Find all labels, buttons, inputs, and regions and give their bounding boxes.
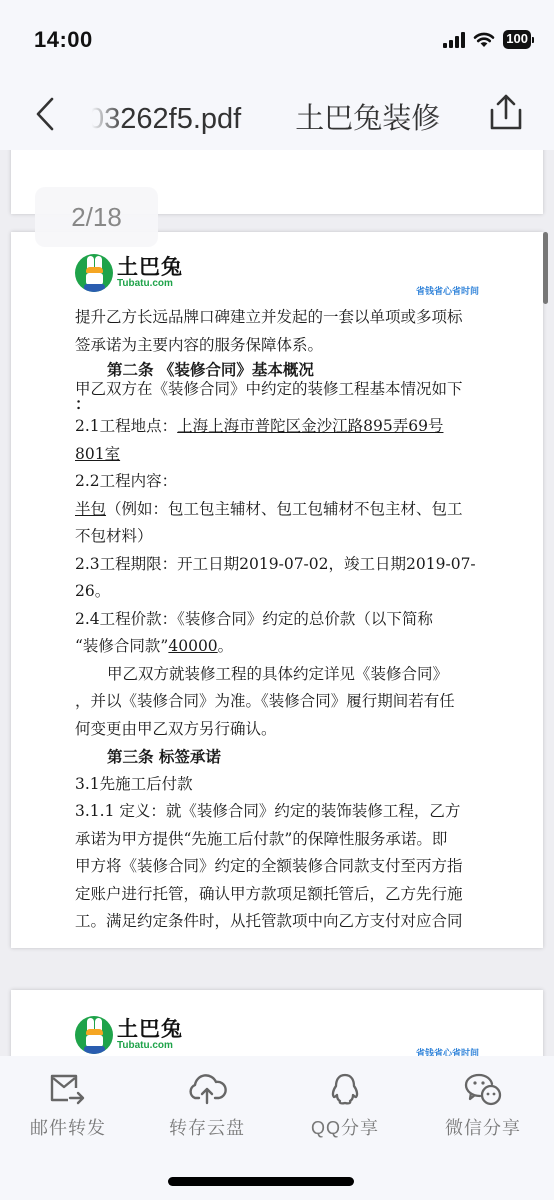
tubatu-logo: 土巴兔 Tubatu.com: [75, 254, 183, 292]
text-line: 定账户进行托管，确认甲方款项足额托管后，乙方先行施: [75, 881, 485, 909]
text-line: ，并以《装修合同》为准。《装修合同》履行期间若有任: [75, 688, 485, 716]
share-upload-icon: [488, 92, 524, 132]
section-heading: 第三条 标签承诺: [75, 743, 485, 771]
field-label: 2.1工程地点：: [75, 417, 177, 435]
home-indicator[interactable]: [168, 1177, 354, 1186]
text-line: 承诺为甲方提供“先施工后付款”的保障性服务承诺。即: [75, 826, 485, 854]
text-line: 2.4工程价款：《装修合同》约定的总价款（以下简称: [75, 606, 485, 634]
contract-amount: 40000: [168, 637, 217, 655]
pdf-page-3: 土巴兔 Tubatu.com 省钱省心省时间: [11, 990, 543, 1056]
section-heading: 第二条 《装修合同》基本概况: [75, 359, 485, 379]
text-line: 3.1.1 定义：就《装修合同》约定的装饰装修工程，乙方: [75, 798, 485, 826]
text-line: 工。满足约定条件时，从托管款项中向乙方支付对应合同: [75, 908, 485, 936]
project-scope: 半包: [75, 500, 106, 518]
text-line: 甲方将《装修合同》约定的全额装修合同款支付至丙方指: [75, 853, 485, 881]
wechat-share-button[interactable]: 微信分享: [423, 1072, 543, 1140]
logo-cn: 土巴兔: [117, 257, 183, 278]
text-line: 甲乙双方就装修工程的具体约定详见《装修合同》: [75, 661, 485, 689]
chevron-left-icon: [30, 94, 60, 134]
pdf-viewer[interactable]: 土巴兔 Tubatu.com 省钱省心省时间 提升乙方长远品牌口碑建立并发起的一…: [0, 150, 554, 1056]
pdf-page-2: 土巴兔 Tubatu.com 省钱省心省时间 提升乙方长远品牌口碑建立并发起的一…: [11, 232, 543, 948]
text-line: 半包（例如：包工包主辅材、包工包辅材不包主材、包工: [75, 496, 485, 524]
action-label: 微信分享: [423, 1114, 543, 1140]
text-line: 2.2工程内容：: [75, 468, 485, 496]
text-line: 不包材料）: [75, 523, 485, 551]
back-button[interactable]: [30, 94, 60, 134]
document-body: 提升乙方长远品牌口碑建立并发起的一套以单项或多项标 签承诺为主要内容的服务保障体…: [75, 304, 485, 936]
wechat-icon: [463, 1072, 503, 1106]
text-line: ：: [75, 399, 485, 413]
text-line: “装修合同款”40000。: [75, 633, 485, 661]
battery-level: 100: [503, 30, 531, 49]
action-label: 邮件转发: [8, 1114, 128, 1140]
nav-title: 03262f5.pdf土巴兔装修: [88, 90, 480, 136]
project-address: 上海上海市普陀区金沙江路895弄69号: [177, 417, 443, 435]
cloud-upload-icon: [186, 1072, 228, 1106]
page-indicator: 2/18: [35, 187, 158, 247]
qq-icon: [328, 1072, 362, 1106]
rabbit-logo-icon: [75, 1016, 113, 1054]
tagline: 省钱省心省时间: [416, 284, 479, 297]
tagline: 省钱省心省时间: [416, 1046, 479, 1056]
text-line: 何变更由甲乙双方另行确认。: [75, 716, 485, 744]
tubatu-logo: 土巴兔 Tubatu.com: [75, 1016, 183, 1054]
text-line: 签承诺为主要内容的服务保障体系。: [75, 332, 485, 360]
share-button[interactable]: [488, 92, 524, 132]
action-label: QQ分享: [285, 1114, 405, 1140]
logo-cn: 土巴兔: [117, 1019, 183, 1040]
status-time: 14:00: [34, 27, 93, 53]
project-address-cont: 801室: [75, 445, 120, 463]
rabbit-logo-icon: [75, 254, 113, 292]
doc-title: 土巴兔装修: [295, 103, 440, 135]
text-line: 2.3工程期限：开工日期2019-07-02，竣工日期2019-07-: [75, 551, 485, 579]
nav-bar: 03262f5.pdf土巴兔装修: [0, 80, 554, 146]
text-line: 2.1工程地点：上海上海市普陀区金沙江路895弄69号: [75, 413, 485, 441]
text-line: 3.1先施工后付款: [75, 771, 485, 799]
action-label: 转存云盘: [147, 1114, 267, 1140]
text-line: 801室: [75, 441, 485, 469]
status-icons: 100: [443, 30, 534, 49]
scrollbar[interactable]: [543, 232, 548, 304]
mail-forward-button[interactable]: 邮件转发: [8, 1072, 128, 1140]
signal-icon: [443, 32, 465, 48]
battery-icon: 100: [503, 30, 534, 49]
text-line: 26。: [75, 578, 485, 606]
status-bar: 14:00 100: [0, 0, 554, 80]
text-line: 提升乙方长远品牌口碑建立并发起的一套以单项或多项标: [75, 304, 485, 332]
qq-share-button[interactable]: QQ分享: [285, 1072, 405, 1140]
logo-en: Tubatu.com: [117, 1041, 183, 1051]
cloud-save-button[interactable]: 转存云盘: [147, 1072, 267, 1140]
text-line: 甲乙双方在《装修合同》中约定的装修工程基本情况如下: [75, 379, 485, 399]
mail-forward-icon: [48, 1072, 88, 1106]
wifi-icon: [473, 31, 495, 48]
logo-en: Tubatu.com: [117, 279, 183, 289]
